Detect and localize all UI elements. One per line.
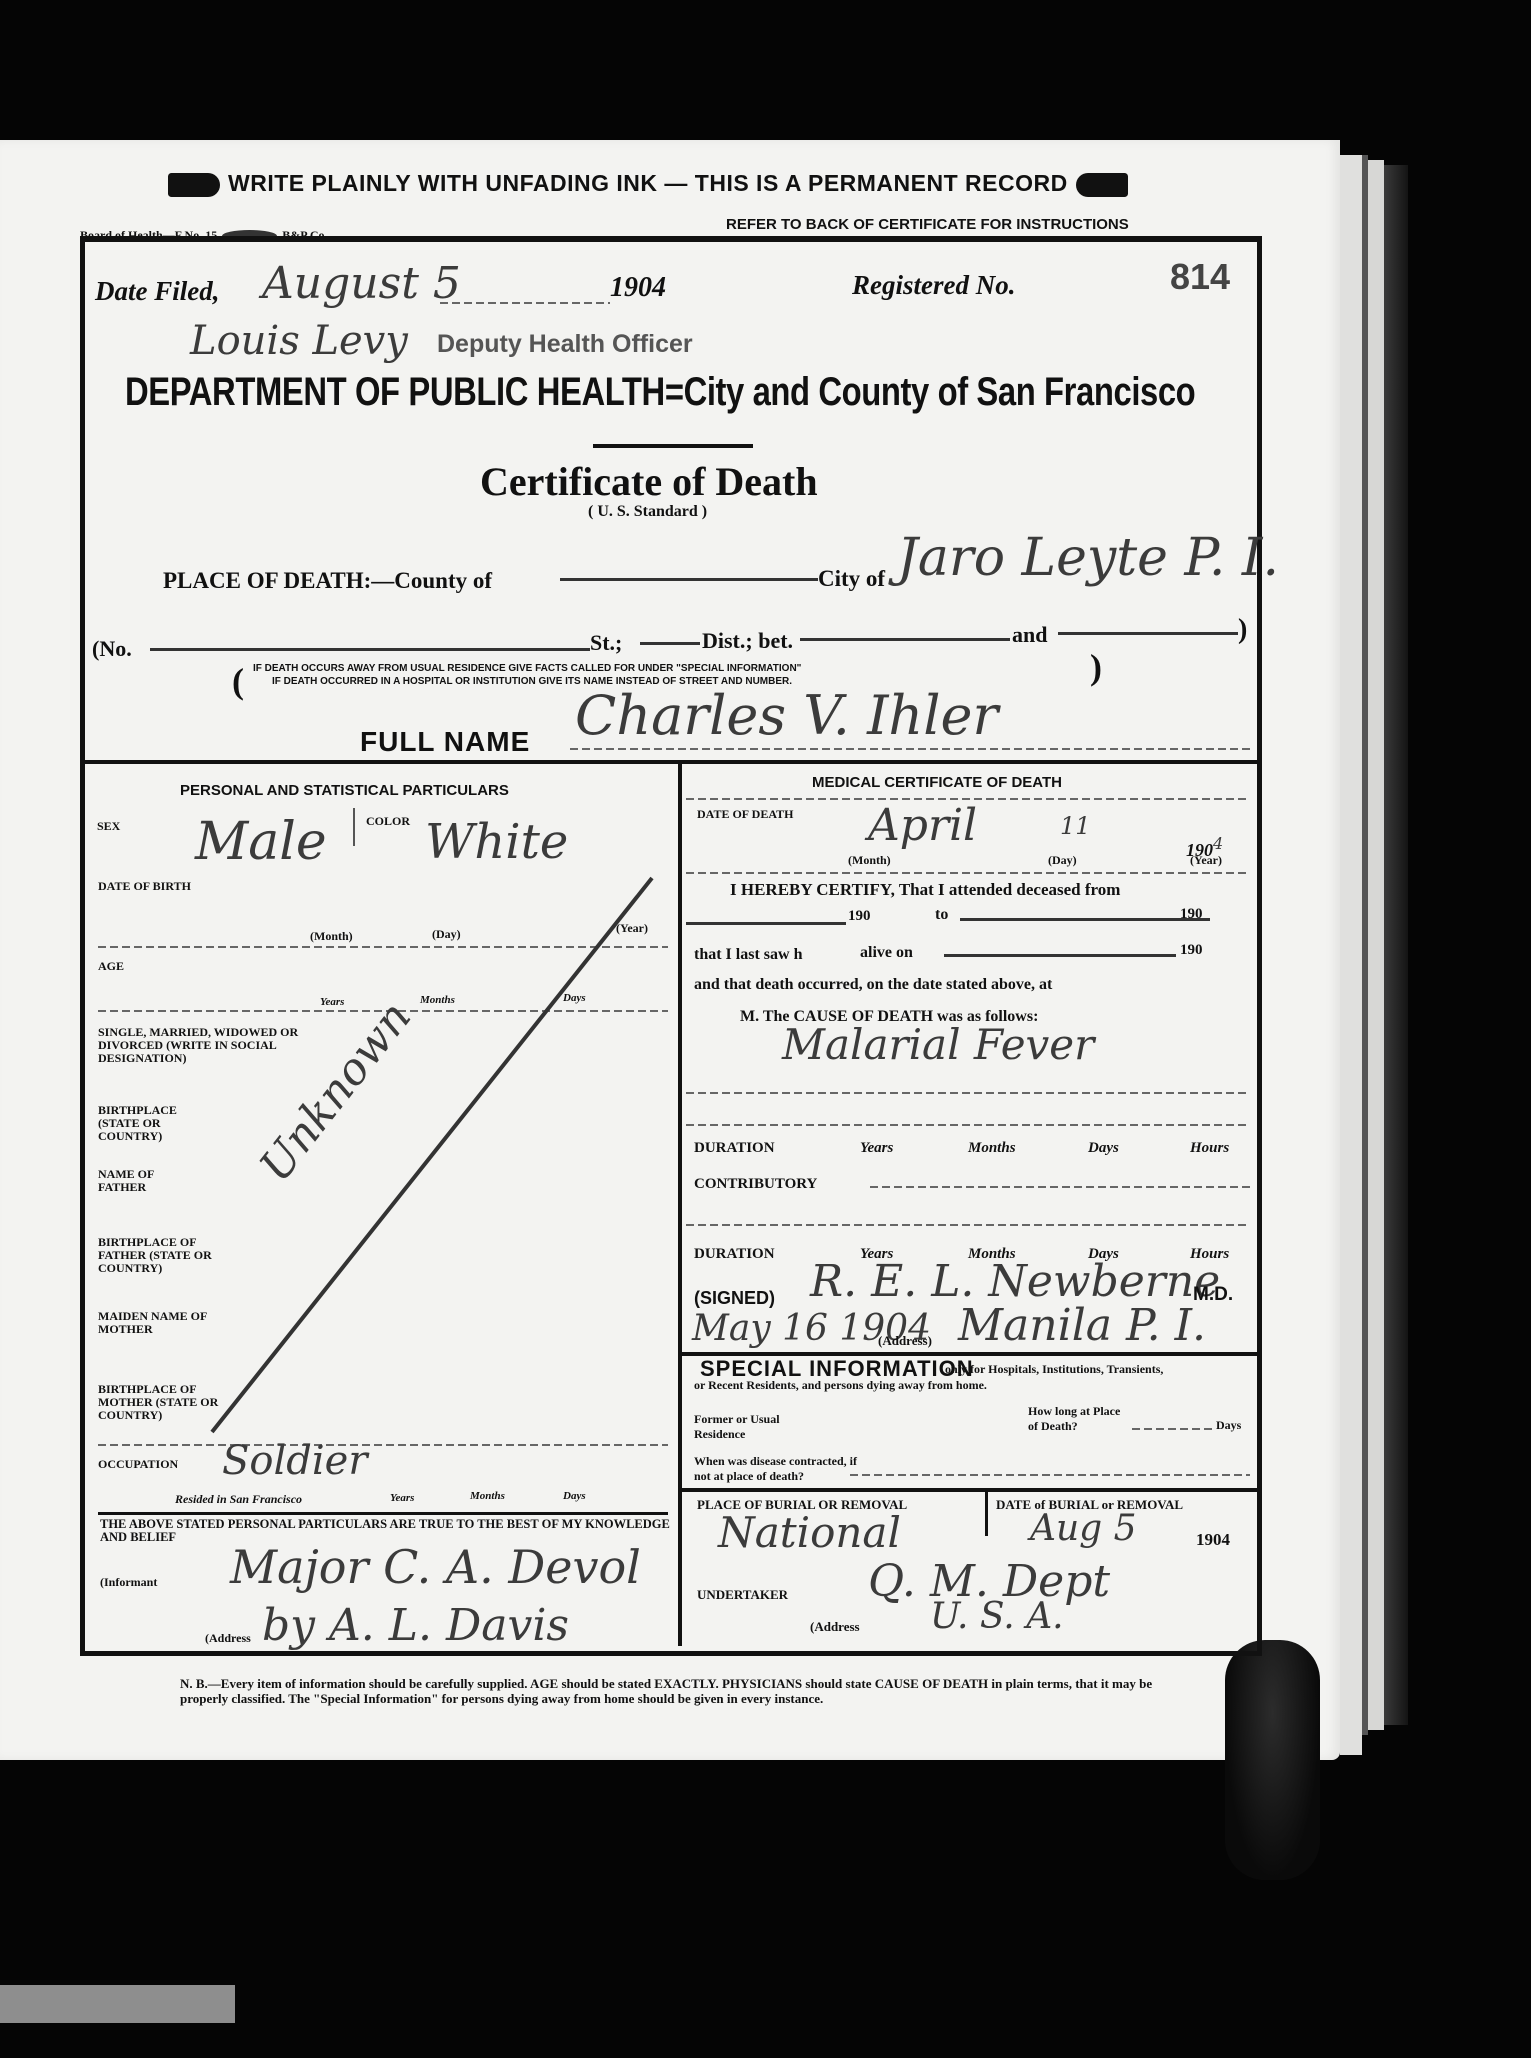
paren-open: ( [232,660,244,702]
resided-years-caption: Years [390,1492,414,1504]
age-label: AGE [98,960,124,973]
former-residence-label: Former or Usual Residence [694,1412,804,1442]
department-title: DEPARTMENT OF PUBLIC HEALTH=City and Cou… [125,370,1195,415]
date-filed-value: August 5 [262,258,461,309]
sex-value: Male [195,812,327,872]
officer-signature: Louis Levy [190,318,408,364]
footnote: N. B.—Every item of information should b… [120,1676,1180,1706]
divider [682,1488,1257,1492]
pointing-hand-icon [1076,173,1128,197]
contracted-label: When was disease contracted, if not at p… [694,1454,874,1484]
contributory-label: CONTRIBUTORY [694,1178,817,1191]
year-prefix: 190 [1180,906,1203,923]
informant-value: Major C. A. Devol [230,1540,641,1594]
divider [353,808,355,846]
street-number-label: (No. [92,636,132,662]
special-info-subtitle-b: or Recent Residents, and persons dying a… [694,1378,987,1393]
dob-label: DATE OF BIRTH [98,880,191,893]
fill-line [440,302,610,304]
refer-instructions: REFER TO BACK OF CERTIFICATE FOR INSTRUC… [726,216,1129,233]
city-value: Jaro Leyte P. I. [897,528,1279,588]
duration-label: DURATION [694,1142,775,1155]
certificate-title: Certificate of Death [480,458,818,505]
binding-shadow [1384,165,1408,1725]
date-of-death-label: DATE OF DEATH [697,808,793,821]
year-prefix: 190 [1180,942,1203,959]
duration-months: Months [968,1140,1016,1157]
dod-year-caption: (Year) [1190,854,1222,867]
street-field[interactable] [640,642,700,645]
paper-scrap [0,1985,235,2023]
registered-label: Registered No. [852,270,1015,301]
title-divider [593,444,753,448]
registered-number: 814 [1170,256,1230,298]
fill-line [686,872,1250,874]
days-caption: Days [1216,1418,1241,1433]
full-name-label: FULL NAME [360,726,530,758]
fill-line [686,1092,1250,1094]
undertaker-address-value: U. S. A. [930,1596,1064,1637]
how-long-field[interactable] [1132,1428,1212,1430]
standard-subtitle: ( U. S. Standard ) [588,503,707,521]
year-suffix: 4 [1213,834,1223,853]
year-prefix: 190 [848,908,871,925]
duration-days: Days [1088,1140,1119,1157]
informant-address-value: by A. L. Davis [262,1600,569,1651]
attended-to-field[interactable] [960,918,1210,921]
date-filed-label: Date Filed, [95,276,219,307]
dod-day-caption: (Day) [1048,854,1077,867]
section-divider [85,760,1257,764]
street-number-field[interactable] [150,648,590,651]
signed-label: (SIGNED) [694,1288,775,1309]
occupation-value: Soldier [222,1438,367,1484]
attended-from-field[interactable] [686,922,846,925]
page-edge [1340,155,1362,1755]
burial-place-value: National [718,1508,901,1557]
occurred-statement: and that death occurred, on the date sta… [694,976,1052,994]
county-field[interactable] [560,578,818,581]
alive-on-field[interactable] [944,954,1176,957]
resided-days-caption: Days [563,1490,586,1502]
burial-date-value: Aug 5 [1030,1508,1137,1549]
medical-heading: MEDICAL CERTIFICATE OF DEATH [812,774,1062,791]
to-label: to [935,906,948,924]
special-info-subtitle-a: only for Hospitals, Institutions, Transi… [945,1362,1163,1377]
color-value: White [425,814,568,870]
resided-label: Resided in San Francisco [175,1492,302,1507]
physician-address-label: (Address) [878,1334,932,1347]
banner: WRITE PLAINLY WITH UNFADING INK — THIS I… [160,170,1136,197]
place-of-death-label: PLACE OF DEATH:—County of [163,568,492,594]
duration-hours: Hours [1190,1140,1229,1157]
certify-statement: I HEREBY CERTIFY, That I attended deceas… [730,880,1120,900]
fill-line [686,1224,1250,1226]
informant-address-label: (Address [205,1632,251,1645]
divider [98,1512,668,1515]
date-filed-year: 1904 [610,272,666,304]
undertaker-label: UNDERTAKER [697,1588,788,1601]
date-of-death-day: 11 [1060,812,1091,840]
banner-text: WRITE PLAINLY WITH UNFADING INK — THIS I… [228,170,1068,196]
fill-line [686,1124,1250,1126]
city-label: City of [818,566,885,592]
full-name-value: Charles V. Ihler [575,684,998,747]
and-field[interactable] [1058,632,1238,635]
duration-label-2: DURATION [694,1248,775,1261]
paren-close: ) [1090,646,1102,688]
date-of-death-month: April [868,800,977,851]
contracted-field[interactable] [850,1474,1250,1476]
full-name-line [570,748,1250,750]
physician-address: Manila P. I. [958,1300,1206,1351]
duration-years: Years [860,1140,893,1157]
divider [985,1492,988,1536]
sex-label: SEX [97,820,120,833]
page-edge [1368,160,1384,1730]
and-label: and [1012,622,1047,648]
personal-heading: PERSONAL AND STATISTICAL PARTICULARS [180,782,509,799]
father-name-label: NAME OF FATHER [98,1168,188,1194]
undertaker-address-label: (Address [810,1620,860,1633]
pointing-hand-icon [168,173,220,197]
district-label: Dist.; bet. [702,628,793,654]
thumb-shadow [1225,1640,1320,1880]
contributory-field[interactable] [870,1186,1250,1188]
officer-title: Deputy Health Officer [437,330,693,359]
occupation-label: OCCUPATION [98,1458,178,1471]
color-label: COLOR [366,815,410,828]
resided-months-caption: Months [470,1490,505,1502]
paren-close: ) [1238,614,1247,646]
street-label: St.; [590,630,622,656]
dod-month-caption: (Month) [848,854,891,867]
district-field[interactable] [800,638,1010,641]
informant-label: (Informant [100,1576,157,1589]
burial-year: 1904 [1196,1530,1230,1550]
how-long-label: How long at Place of Death? [1028,1404,1128,1434]
cause-value: Malarial Fever [782,1020,1094,1069]
residence-note-1: IF DEATH OCCURS AWAY FROM USUAL RESIDENC… [253,663,801,674]
fill-line [98,1444,668,1446]
alive-on-label: alive on [860,944,913,962]
column-divider [678,764,682,1646]
last-saw-label: that I last saw h [694,946,802,964]
